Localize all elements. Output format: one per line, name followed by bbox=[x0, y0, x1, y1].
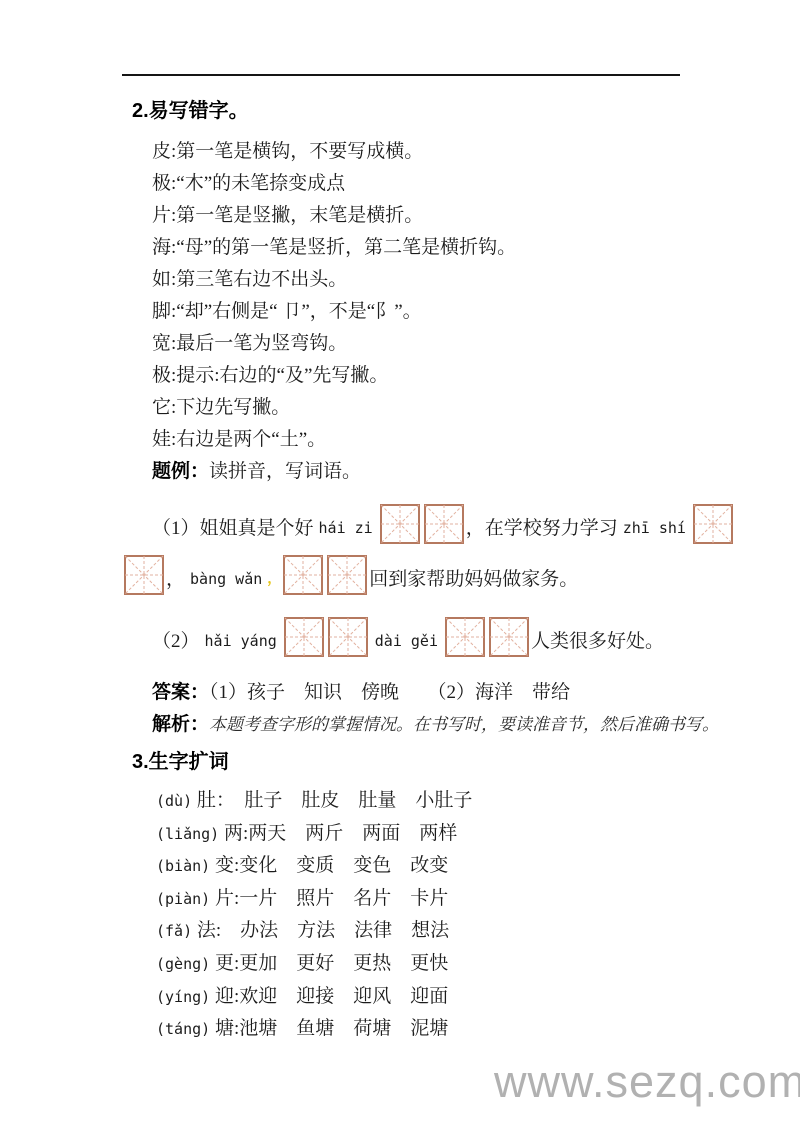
mizige-box-icon[interactable] bbox=[380, 504, 420, 544]
mizige-box-icon[interactable] bbox=[284, 617, 324, 657]
word-row: (gèng) 更:更加 更好 更热 更快 bbox=[156, 948, 800, 981]
answer-label: 答案： bbox=[152, 682, 209, 703]
mizige-box-icon[interactable] bbox=[693, 504, 733, 544]
word-row: (táng) 塘:池塘 鱼塘 荷塘 泥塘 bbox=[156, 1013, 800, 1046]
note-line: 皮:第一笔是横钩，不要写成横。 bbox=[152, 136, 800, 168]
q1-pinyin-zhishi: zhī shí bbox=[618, 515, 691, 544]
q1-mid: ，在学校努力学习 bbox=[466, 516, 618, 544]
mizige-box-icon[interactable] bbox=[445, 617, 485, 657]
row-pinyin: (gèng) bbox=[156, 955, 210, 973]
analysis-text: 本题考查字形的掌握情况。在书写时，要读准音节，然后准确书写。 bbox=[209, 715, 719, 734]
word-row: (dù) 肚： 肚子 肚皮 肚量 小肚子 bbox=[156, 785, 800, 818]
q1-comma: ， bbox=[166, 567, 185, 595]
word-row: (liǎng) 两:两天 两斤 两面 两样 bbox=[156, 818, 800, 851]
word-row: (biàn) 变:变化 变质 变色 改变 bbox=[156, 850, 800, 883]
highlight-comma: ， bbox=[267, 567, 281, 595]
note-line: 脚:“却”右侧是“ 卩”，不是“阝”。 bbox=[152, 296, 800, 328]
row-words: 更:更加 更好 更热 更快 bbox=[210, 953, 448, 974]
analysis-line: 解析：本题考查字形的掌握情况。在书写时，要读准音节，然后准确书写。 bbox=[152, 709, 800, 741]
note-line: 极:提示:右边的“及”先写撇。 bbox=[152, 360, 800, 392]
mizige-box-icon[interactable] bbox=[489, 617, 529, 657]
example-line: 题例：读拼音，写词语。 bbox=[152, 456, 800, 488]
row-pinyin: (liǎng) bbox=[156, 825, 219, 843]
note-line: 海:“母”的第一笔是竖折，第二笔是横折钩。 bbox=[152, 232, 800, 264]
q2-prefix: （2） bbox=[152, 629, 200, 657]
worksheet-content: 2.易写错字。 皮:第一笔是横钩，不要写成横。 极:“木”的未笔捺变成点 片:第… bbox=[0, 96, 800, 1046]
row-pinyin: (táng) bbox=[156, 1020, 210, 1038]
example-label: 题例： bbox=[152, 461, 209, 482]
note-line: 娃:右边是两个“土”。 bbox=[152, 424, 800, 456]
word-row: (yíng) 迎:欢迎 迎接 迎风 迎面 bbox=[156, 981, 800, 1014]
note-line: 它:下边先写撇。 bbox=[152, 392, 800, 424]
mizige-box-icon[interactable] bbox=[424, 504, 464, 544]
note-line: 如:第三笔右边不出头。 bbox=[152, 264, 800, 296]
mizige-box-icon[interactable] bbox=[283, 555, 323, 595]
row-words: 肚： 肚子 肚皮 肚量 小肚子 bbox=[192, 790, 472, 811]
row-words: 变:变化 变质 变色 改变 bbox=[210, 855, 448, 876]
worksheet-page: 2.易写错字。 皮:第一笔是横钩，不要写成横。 极:“木”的未笔捺变成点 片:第… bbox=[0, 0, 800, 1132]
row-pinyin: (fǎ) bbox=[156, 922, 192, 940]
q2-suffix: 人类很多好处。 bbox=[531, 629, 664, 657]
question1-row1: （1）姐姐真是个好 hái zi ，在学校努力学习 zhī shí bbox=[152, 504, 800, 544]
header-rule bbox=[122, 74, 680, 76]
question2-row: （2） hǎi yáng dài gěi 人类很多好处。 bbox=[152, 617, 800, 657]
answer-line: 答案：（1）孩子 知识 傍晚 （2）海洋 带给 bbox=[152, 677, 800, 709]
row-pinyin: (yíng) bbox=[156, 988, 210, 1006]
note-line: 极:“木”的未笔捺变成点 bbox=[152, 168, 800, 200]
row-words: 片:一片 照片 名片 卡片 bbox=[210, 888, 448, 909]
section3-title: 3.生字扩词 bbox=[132, 747, 800, 777]
note-line: 片:第一笔是竖撇，末笔是横折。 bbox=[152, 200, 800, 232]
example-text: 读拼音，写词语。 bbox=[209, 461, 361, 482]
q2-pinyin-daigei: dài gěi bbox=[370, 628, 443, 657]
mizige-box-icon[interactable] bbox=[328, 617, 368, 657]
section2-title: 2.易写错字。 bbox=[132, 96, 800, 126]
word-row: (piàn) 片:一片 照片 名片 卡片 bbox=[156, 883, 800, 916]
row-words: 迎:欢迎 迎接 迎风 迎面 bbox=[210, 986, 448, 1007]
q1-pinyin-bangwan: bàng wǎn bbox=[185, 566, 267, 595]
word-row: (fǎ) 法: 办法 方法 法律 想法 bbox=[156, 915, 800, 948]
mizige-box-icon[interactable] bbox=[124, 555, 164, 595]
answer-text: （1）孩子 知识 傍晚 （2）海洋 带给 bbox=[209, 682, 570, 703]
row-words: 法: 办法 方法 法律 想法 bbox=[192, 920, 449, 941]
row-pinyin: (biàn) bbox=[156, 857, 210, 875]
q1-cont-text: 回到家帮助妈妈做家务。 bbox=[369, 567, 578, 595]
row-pinyin: (piàn) bbox=[156, 890, 210, 908]
note-line: 宽:最后一笔为竖弯钩。 bbox=[152, 328, 800, 360]
mizige-box-icon[interactable] bbox=[327, 555, 367, 595]
analysis-label: 解析： bbox=[152, 714, 209, 735]
row-words: 塘:池塘 鱼塘 荷塘 泥塘 bbox=[210, 1018, 448, 1039]
q2-pinyin-haiyang: hǎi yáng bbox=[200, 628, 282, 657]
question1-row2: ， bàng wǎn ， 回到家帮助妈妈做家务。 bbox=[122, 555, 800, 595]
watermark-text: www.sezq.com bbox=[494, 1056, 800, 1108]
row-pinyin: (dù) bbox=[156, 792, 192, 810]
row-words: 两:两天 两斤 两面 两样 bbox=[219, 823, 457, 844]
q1-prefix: （1）姐姐真是个好 bbox=[152, 516, 314, 544]
q1-pinyin-haizi: hái zi bbox=[314, 515, 378, 544]
